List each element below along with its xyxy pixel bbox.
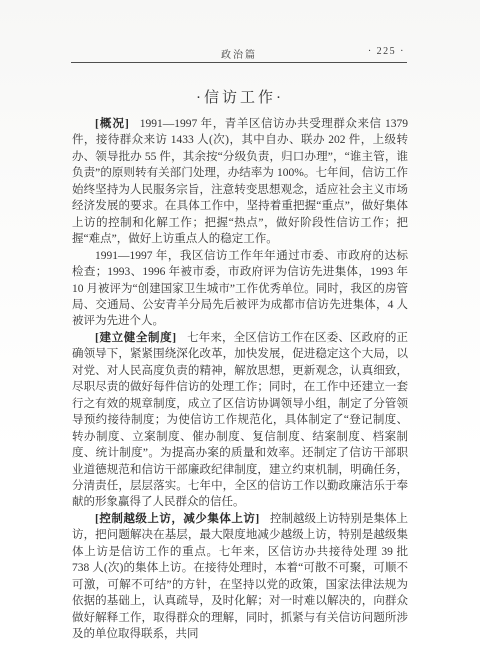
scanned-document-page: 政治篇 · 225 · ·信访工作· [概况]1991—1997 年，青羊区信访…	[0, 0, 480, 651]
paragraph-label: [概况]	[95, 118, 129, 130]
paragraph-text: 七年来，全区信访工作在区委、区政府的正确领导下，紧紧围绕深化改革，加快发展，促进…	[72, 332, 408, 509]
paragraph-text: 1991—1997 年，青羊区信访办共受理群众来信 1379 件，接待群众来访 …	[72, 118, 408, 245]
paragraph-awards: 1991—1997 年，我区信访工作年年通过市委、市政府的达标检查；1993、1…	[72, 248, 408, 330]
paragraph-petition-control: [控制越级上访，减少集体上访]控制越级上访特别是集体上访，把问题解决在基层，最大…	[72, 511, 408, 643]
section-title: 政治篇	[71, 46, 407, 61]
paragraph-label: [控制越级上访，减少集体上访]	[95, 513, 260, 525]
article-body: [概况]1991—1997 年，青羊区信访办共受理群众来信 1379 件，接待群…	[72, 116, 408, 643]
page-number: · 225 ·	[368, 46, 405, 57]
paragraph-text: 1991—1997 年，我区信访工作年年通过市委、市政府的达标检查；1993、1…	[72, 250, 408, 328]
running-header: 政治篇 · 225 ·	[71, 46, 407, 63]
paragraph-overview: [概况]1991—1997 年，青羊区信访办共受理群众来信 1379 件，接待群…	[72, 116, 408, 248]
paragraph-text: 控制越级上访特别是集体上访，把问题解决在基层，最大限度地减少越级上访，特别是越级…	[72, 513, 408, 640]
paragraph-label: [建立健全制度]	[95, 332, 177, 344]
article-title: ·信访工作·	[0, 86, 480, 107]
paragraph-institution-building: [建立健全制度]七年来，全区信访工作在区委、区政府的正确领导下，紧紧围绕深化改革…	[72, 330, 408, 511]
